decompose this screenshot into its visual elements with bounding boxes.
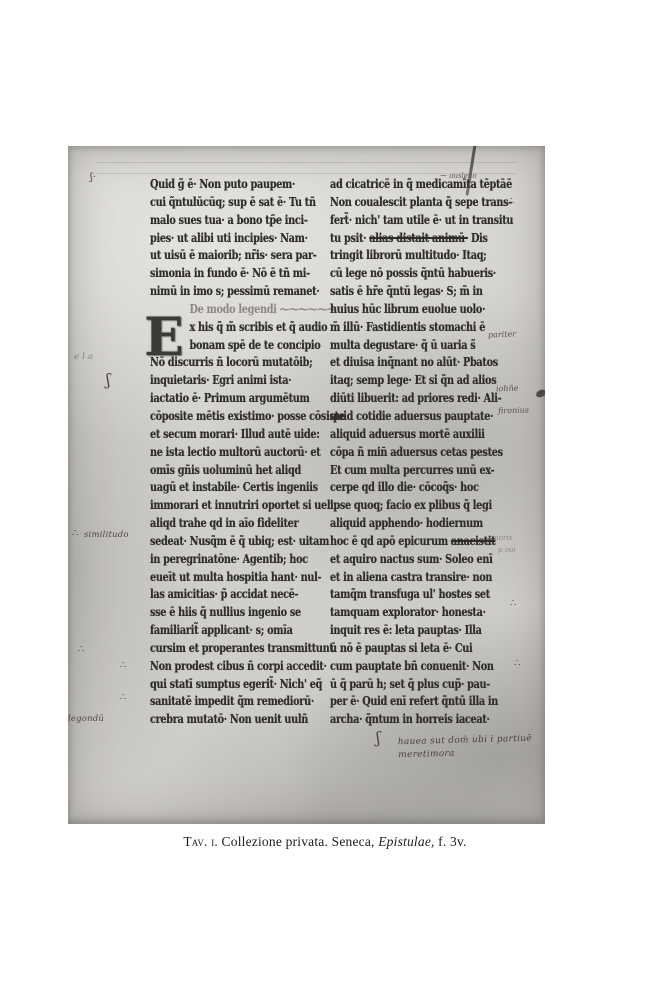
- marginal-note: amoris: [488, 534, 512, 542]
- manuscript-line: omīs gñis uoluminū het aliqd: [150, 461, 336, 479]
- manuscript-line: qui statī sumptus egerit̃· Nich' eq̃: [150, 675, 336, 693]
- manuscript-line: aliqd trahe qd in aīo fideliter: [150, 514, 336, 532]
- manuscript-line: et secum morari· Illud autē uide:: [150, 425, 336, 443]
- manuscript-line: Non coualescit planta q̃ sepe trans-: [330, 193, 526, 211]
- marginal-mark: ∴: [508, 196, 514, 207]
- marginal-mark: ʃ·: [90, 172, 96, 183]
- ruling-line: [97, 162, 517, 163]
- marginal-note: e l a: [74, 352, 93, 362]
- manuscript-photo: E Quid g̃ ē· Non puto paupem·cui q̃ntulū…: [68, 146, 545, 824]
- marginal-note: iohñe: [496, 384, 519, 394]
- manuscript-line: malo sues tua· a bono tp̃e inci-: [150, 211, 336, 229]
- manuscript-line: simonia in fundo ē· Nō ē tñ mi-: [150, 264, 336, 282]
- marginal-mark: ʃ: [106, 370, 110, 389]
- manuscript-line: iactatio ē· Primum argumētum: [150, 389, 336, 407]
- marginal-mark: ∴: [78, 644, 84, 655]
- manuscript-line: familiarit̃ applicant· s; omīa: [150, 621, 336, 639]
- manuscript-line: et aquiro nactus sum· Soleo enī: [330, 550, 526, 568]
- manuscript-line: uagū et instabile· Certis ingeniis: [150, 478, 336, 496]
- manuscript-line: ut uisū ē maiorib; nr̃is· sera par-: [150, 246, 336, 264]
- manuscript-line: cursim et properantes transmittunt·: [150, 639, 336, 657]
- manuscript-line: sanitatē impedit q̃m remediorū·: [150, 692, 336, 710]
- manuscript-line: in peregrinatōne· Agentib; hoc: [150, 550, 336, 568]
- marginal-note: fironius: [498, 405, 529, 415]
- manuscript-line: tringit librorū multitudo· Itaq;: [330, 246, 526, 264]
- marginal-note: p oui: [498, 546, 516, 554]
- caption-folio: f. 3v.: [438, 834, 466, 849]
- manuscript-line: x his q̃ m̃ scribis et q̃ audio: [150, 318, 336, 336]
- manuscript-line: Nō discurris ñ locorū mutatōib;: [150, 353, 336, 371]
- marginal-note: similitudo: [84, 530, 129, 540]
- manuscript-line: et in aliena castra transire· non: [330, 568, 526, 586]
- manuscript-line: ū q̃ parū h; set q̃ plus cup̃· pau-: [330, 675, 526, 693]
- caption-work-title: Epistulae,: [378, 834, 434, 849]
- manuscript-line: sedeat· Nusq̃m ē q̃ ubiq; est· uitam: [150, 532, 336, 550]
- manuscript-line: Et cum multa percurres unū ex-: [330, 461, 526, 479]
- manuscript-line: cōpa ñ min̄ aduersus cetas pestes: [330, 443, 526, 461]
- marginal-mark: ʃ: [376, 728, 380, 747]
- manuscript-line: ū nō ē pauptas si leta ē· Cui: [330, 639, 526, 657]
- marginal-mark: ∴: [120, 692, 126, 703]
- manuscript-line: sse ē hiis q̃ nullius ingenio se: [150, 603, 336, 621]
- manuscript-line: immorari et innutriri oportet si uel': [150, 496, 336, 514]
- manuscript-line: fert̃· nich' tam utile ē· ut in transitu: [330, 211, 526, 229]
- marginal-mark: ∴: [510, 598, 516, 609]
- manuscript-line: aliquid apphendo· hodiernum: [330, 514, 526, 532]
- ink-blot: [535, 389, 545, 398]
- marginal-mark: ∴: [72, 528, 78, 539]
- manuscript-line: cum pauptate bñ conuenit· Non: [330, 657, 526, 675]
- manuscript-line: inquietaris· Egri animi ista·: [150, 371, 336, 389]
- manuscript-line: ne ista lectio multorū auctorū· et: [150, 443, 336, 461]
- manuscript-line: cōposite mētis existimo· posse cōsiste: [150, 407, 336, 425]
- caption-text: Collezione privata. Seneca,: [222, 834, 375, 849]
- manuscript-line: inquit res ē: leta pauptas· Illa: [330, 621, 526, 639]
- marginal-mark: ∴: [514, 658, 520, 669]
- manuscript-line: crebra mutatō· Non uenit uulñ: [150, 710, 336, 728]
- marginal-note: legondū: [68, 714, 104, 724]
- manuscript-line: huius hūc librum euolue uolo·: [330, 300, 526, 318]
- manuscript-line: las amicitias· p̃ accidat necē-: [150, 585, 336, 603]
- manuscript-line: et diuisa inq̃nant no alūt· Pbatos: [330, 353, 526, 371]
- manuscript-line: bonam spē de te concipio: [150, 336, 336, 354]
- manuscript-line: Quid g̃ ē· Non puto paupem·: [150, 175, 336, 193]
- cursive-annotation: hauea sut dom̄ ubi i partiuē meretimora: [398, 732, 545, 762]
- manuscript-line: satis ē hr̃e q̃ntū legas· S; m̃ in: [330, 282, 526, 300]
- manuscript-line: tu psit· alias distait animū· Dis: [330, 229, 526, 247]
- marginal-note: ⁓ ousleuo: [440, 172, 477, 180]
- struck-text: alias distait animū·: [369, 230, 468, 245]
- marginal-mark: ∴: [120, 660, 126, 671]
- manuscript-line: tamquam explorator· honesta·: [330, 603, 526, 621]
- manuscript-line: per ē· Quid enī refert q̃ntū illa in: [330, 692, 526, 710]
- manuscript-line: ipse quoq; facio ex plibus q̃ legi: [330, 496, 526, 514]
- manuscript-line: ad cicatricē in q̃ medicamīta tēptāē: [330, 175, 526, 193]
- plate-label: Tav. i.: [183, 834, 218, 849]
- manuscript-column-right: ad cicatricē in q̃ medicamīta tēptāēNon …: [330, 175, 526, 728]
- manuscript-line: nimū in imo s; pessimū remanet·: [150, 282, 336, 300]
- manuscript-line: eueīt ut multa hospitia hant· nul-: [150, 568, 336, 586]
- manuscript-line: cū lege nō possis q̃ntū habueris·: [330, 264, 526, 282]
- manuscript-line: pies· ut alibi uti incipies· Nam·: [150, 229, 336, 247]
- manuscript-line: archa· q̃ntum in horreis iaceat·: [330, 710, 526, 728]
- manuscript-column-left: Quid g̃ ē· Non puto paupem·cui q̃ntulūcū…: [150, 175, 336, 728]
- manuscript-line: De modo legendi ⁓⁓⁓⁓⁓⁓: [150, 300, 336, 318]
- book-page: E Quid g̃ ē· Non puto paupem·cui q̃ntulū…: [0, 0, 650, 984]
- marginal-note: pariter: [488, 330, 516, 340]
- manuscript-line: quid cotidie aduersus pauptate·: [330, 407, 526, 425]
- plate-caption: Tav. i. Collezione privata. Seneca, Epis…: [0, 834, 650, 850]
- manuscript-line: Non prodest cibus ñ corpi accedit·: [150, 657, 336, 675]
- manuscript-line: aliquid aduersus mortē auxilii: [330, 425, 526, 443]
- manuscript-line: tamq̃m transfuga ul' hostes set: [330, 585, 526, 603]
- manuscript-line: cui q̃ntulūcūq; sup ē sat ē· Tu tñ: [150, 193, 336, 211]
- manuscript-line: cerpe qd illo die· cōcoq̃s· hoc: [330, 478, 526, 496]
